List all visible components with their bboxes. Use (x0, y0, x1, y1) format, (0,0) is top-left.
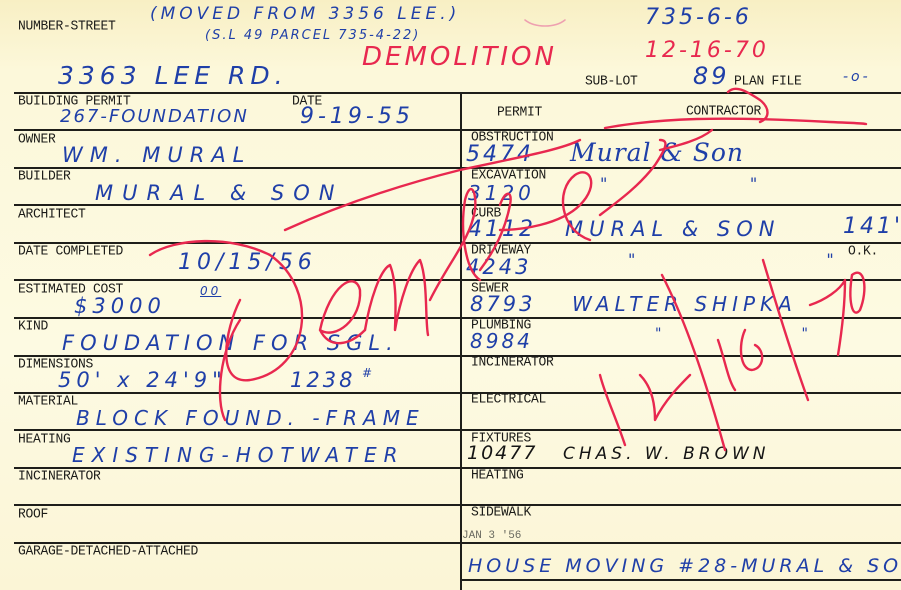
curb-contractor: MURAL & SON (565, 219, 780, 240)
address: 3363 LEE RD. (58, 63, 288, 88)
received-date-stamp: JAN 3 '56 (462, 530, 521, 542)
obstruction-contractor: Mural & Son (570, 140, 744, 165)
building-permit-value: 267-FOUNDATION (60, 108, 249, 126)
plan-file-value: -o- (843, 70, 871, 84)
plan-file-label: PLAN FILE (734, 73, 802, 87)
architect-label: ARCHITECT (18, 206, 86, 220)
estimated-cost-cents: 00 (200, 285, 221, 297)
heating-label: HEATING (18, 431, 71, 445)
incinerator-label: INCINERATOR (18, 468, 101, 482)
building-permit-date: 9-19-55 (300, 106, 414, 128)
material-label: MATERIAL (18, 393, 78, 407)
owner-label: OWNER (18, 131, 56, 145)
number-street-label: NUMBER-STREET (18, 18, 116, 32)
dimensions-area-unit: # (362, 367, 375, 379)
excavation-contractor: " " " (600, 176, 901, 192)
contractor-column-header: CONTRACTOR (686, 103, 761, 117)
parcel-note: (S.L 49 PARCEL 735-4-22) (205, 29, 420, 42)
curb-length: 141' (843, 216, 901, 238)
rule (14, 392, 901, 394)
rule (14, 92, 901, 94)
sidewalk-label: SIDEWALK (471, 504, 531, 518)
excavation-label: EXCAVATION (471, 167, 546, 181)
permit-card: NUMBER-STREET (MOVED FROM 3356 LEE.) (S.… (0, 0, 901, 590)
estimated-cost-value: $3000 (74, 296, 166, 317)
column-divider (460, 92, 462, 590)
rule (14, 279, 901, 281)
owner-value: WM. MURAL (62, 145, 251, 166)
rule (14, 129, 901, 131)
fixtures-contractor: CHAS. W. BROWN (563, 446, 770, 463)
rule (14, 167, 901, 169)
rule (460, 579, 901, 581)
sub-lot-label: SUB-LOT (585, 73, 638, 87)
sewer-contractor: WALTER SHIPKA (572, 294, 797, 314)
house-moving-note: HOUSE MOVING #28-MURAL & SON (468, 557, 901, 576)
demolition-label: DEMOLITION (362, 44, 557, 70)
heating-value: EXISTING-HOTWATER (72, 445, 404, 465)
fixtures-permit: 10477 (467, 444, 537, 463)
plumbing-contractor: " " (655, 327, 818, 341)
material-value: BLOCK FOUND. -FRAME (76, 408, 425, 428)
heating-right-label: HEATING (471, 467, 524, 481)
kind-value: FOUDATION FOR SGL. (62, 333, 399, 354)
obstruction-permit: 5474 (466, 144, 534, 166)
date-completed-value: 10/15/56 (178, 252, 317, 274)
curb-status: O.K. (848, 243, 878, 257)
dimensions-value: 50' x 24'9" (58, 370, 227, 391)
curb-permit: 4112 (468, 219, 536, 241)
electrical-label: ELECTRICAL (471, 391, 546, 405)
driveway-contractor: " " (628, 252, 844, 268)
garage-label: GARAGE-DETACHED-ATTACHED (18, 543, 198, 557)
plumbing-permit: 8984 (470, 331, 533, 351)
driveway-permit: 4243 (466, 257, 531, 278)
rule (14, 355, 901, 357)
permit-column-header: PERMIT (497, 104, 542, 118)
kind-label: KIND (18, 318, 48, 332)
builder-label: BUILDER (18, 168, 71, 182)
moved-from-note: (MOVED FROM 3356 LEE.) (150, 6, 460, 23)
demolition-date: 12-16-70 (645, 40, 769, 62)
date-completed-label: DATE COMPLETED (18, 243, 123, 257)
rule (14, 504, 901, 506)
incinerator-right-label: INCINERATOR (471, 354, 554, 368)
roof-label: ROOF (18, 506, 48, 520)
builder-value: MURAL & SON (95, 183, 343, 204)
sub-lot-value: 89 (693, 64, 730, 88)
excavation-permit: 3120 (468, 183, 535, 203)
dimensions-area: 1238 (290, 370, 355, 391)
rule (14, 467, 901, 469)
sewer-permit: 8793 (470, 294, 535, 315)
parcel-number: 735-6-6 (645, 7, 752, 29)
rule (14, 242, 901, 244)
